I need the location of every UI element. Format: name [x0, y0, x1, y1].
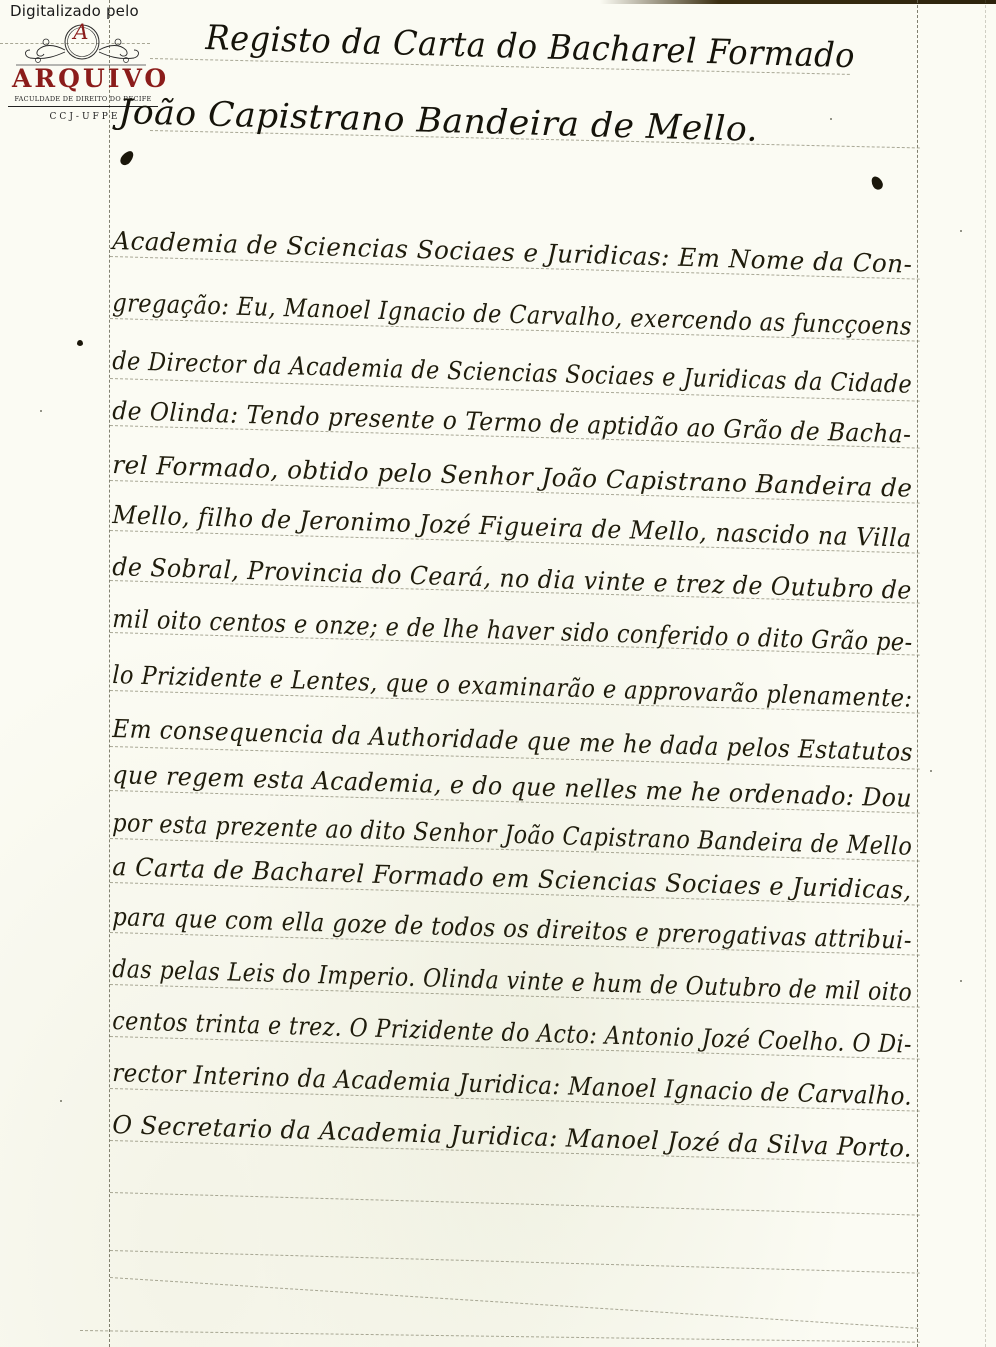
paper-speck [960, 230, 962, 232]
paper-speck [830, 118, 832, 120]
left-margin-rule [109, 0, 111, 1347]
ink-blot [77, 340, 83, 346]
right-margin-rule [917, 0, 919, 1347]
paper-speck [930, 770, 932, 772]
paper-speck [60, 1100, 62, 1102]
paper-speck [960, 980, 962, 982]
page-edge-rule [985, 0, 987, 1347]
watermark-caption: Digitalizado pelo [10, 2, 139, 20]
paper-speck [40, 410, 42, 412]
watermark-brand: ARQUIVO [12, 64, 158, 93]
page-top-edge-shadow [600, 0, 996, 4]
emblem-letter: A [66, 20, 96, 44]
